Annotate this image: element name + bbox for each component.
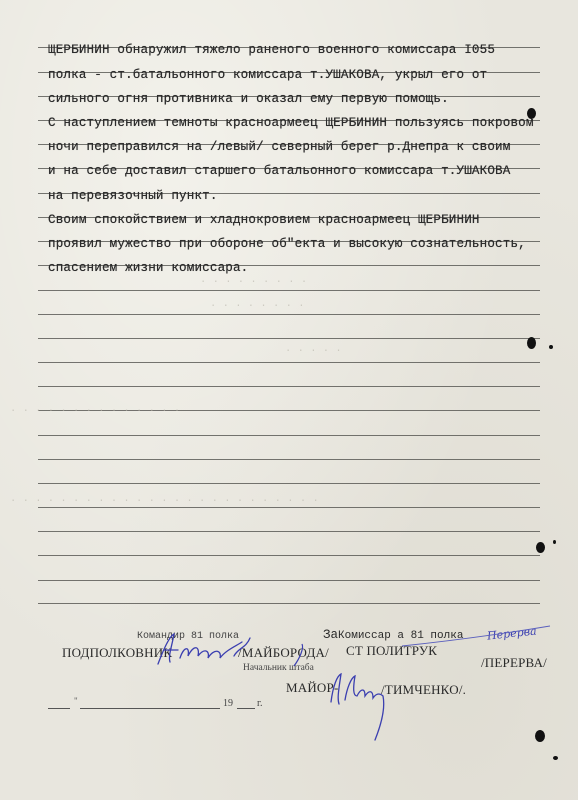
ruled-line <box>38 290 540 291</box>
body-line: на перевязочный пункт. <box>48 189 218 203</box>
bleed-through-text: · · · · · · · · <box>210 300 305 312</box>
ruled-line <box>38 386 540 387</box>
punch-hole <box>527 337 536 349</box>
date-year-prefix: 19 <box>223 698 233 709</box>
commander-signature-tail <box>290 640 320 670</box>
commissar-caption-prefix: За <box>323 628 338 642</box>
date-day-line <box>48 708 70 709</box>
ruled-line <box>38 507 540 508</box>
bleed-through-text: · · · · · · · · · · · · · · · · · · · · … <box>10 495 319 507</box>
bleed-through-text: · · · · · · · · · <box>200 276 307 288</box>
body-line: сильного огня противника и оказал ему пе… <box>48 92 449 106</box>
body-line: полка - ст.батальонного комиссара т.УШАК… <box>48 68 487 82</box>
ruled-line <box>38 314 540 315</box>
body-line: С наступлением темноты красноармеец ЩЕРБ… <box>48 116 534 130</box>
body-line: Своим спокойствием и хладнокровием красн… <box>48 213 480 227</box>
punch-hole <box>536 542 545 553</box>
commissar-signature-stroke <box>400 622 560 652</box>
punch-hole <box>527 108 536 119</box>
bleed-through-text: · · · · · · · · · · · · · · <box>10 405 180 417</box>
ruled-line <box>38 435 540 436</box>
ruled-line <box>38 338 540 339</box>
ruled-line <box>38 603 540 604</box>
punch-hole-small <box>553 540 556 544</box>
ruled-line <box>38 459 540 460</box>
punch-hole <box>535 730 545 742</box>
ruled-line <box>38 555 540 556</box>
ruled-line <box>38 483 540 484</box>
body-line: и на себе доставил старшего батальонного… <box>48 164 510 178</box>
body-line: ночи переправился на /левый/ северный бе… <box>48 140 510 154</box>
date-year-line <box>237 708 255 709</box>
ruled-line <box>38 362 540 363</box>
chief-of-staff-signature <box>325 666 405 746</box>
commissar-name: /ПЕРЕРВА/ <box>481 655 547 671</box>
bleed-through-text: · · · · · <box>285 345 342 357</box>
body-line: ЩЕРБИНИН обнаружил тяжело раненого военн… <box>48 43 495 57</box>
ruled-line <box>38 580 540 581</box>
body-line: спасением жизни комиссара. <box>48 261 248 275</box>
document-page: · · · · · · · · · · · · · · · · · · · · … <box>0 0 578 800</box>
body-line: проявил мужество при обороне об"екта и в… <box>48 237 526 251</box>
commander-signature <box>150 628 270 668</box>
punch-hole-small <box>549 345 553 349</box>
ruled-line <box>38 531 540 532</box>
date-suffix: г. <box>257 698 262 709</box>
date-quote: " <box>74 696 78 706</box>
punch-hole-small <box>553 756 558 760</box>
date-month-line <box>80 708 220 709</box>
